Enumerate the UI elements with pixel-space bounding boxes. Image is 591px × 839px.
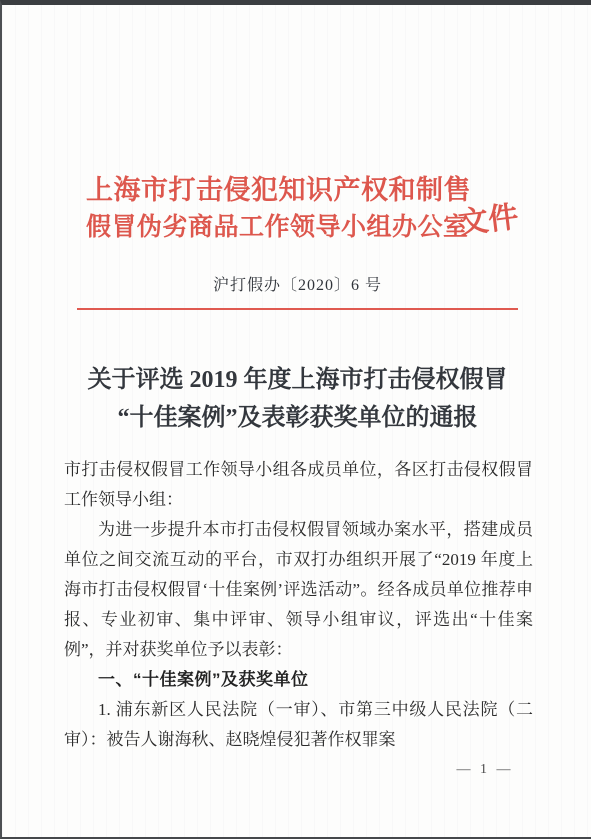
- document-title-line2: “十佳案例”及表彰获奖单位的通报: [32, 399, 563, 437]
- body-paragraph-1: 为进一步提升本市打击侵权假冒领域办案水平，搭建成员单位之间交流互动的平台，市双打…: [64, 515, 533, 665]
- letterhead-org-name-line1: 上海市打击侵犯知识产权和制售: [86, 171, 460, 209]
- document-number: 沪打假办〔2020〕6 号: [2, 272, 591, 295]
- document-title: 关于评选 2019 年度上海市打击侵权假冒 “十佳案例”及表彰获奖单位的通报: [32, 361, 563, 437]
- letterhead-org-name: 上海市打击侵犯知识产权和制售 假冒伪劣商品工作领导小组办公室: [86, 171, 460, 247]
- document-title-line1: 关于评选 2019 年度上海市打击侵权假冒: [32, 361, 563, 399]
- letterhead-org-name-line2: 假冒伪劣商品工作领导小组办公室: [86, 209, 460, 247]
- document-body: 市打击侵权假冒工作领导小组各成员单位，各区打击侵权假冒工作领导小组： 为进一步提…: [64, 455, 533, 755]
- letterhead-doc-type-label: 文件: [456, 192, 521, 243]
- salutation-line: 市打击侵权假冒工作领导小组各成员单位，各区打击侵权假冒工作领导小组：: [64, 455, 533, 515]
- section-1-heading: 一、“十佳案例”及获奖单位: [64, 665, 533, 695]
- scanned-document-page: 上海市打击侵犯知识产权和制售 假冒伪劣商品工作领导小组办公室 文件 沪打假办〔2…: [0, 0, 591, 839]
- red-divider-line: [77, 308, 518, 310]
- page-number: — 1 —: [430, 762, 540, 778]
- case-item-1: 1. 浦东新区人民法院（一审）、市第三中级人民法院（二审）：被告人谢海秋、赵晓煌…: [64, 695, 533, 755]
